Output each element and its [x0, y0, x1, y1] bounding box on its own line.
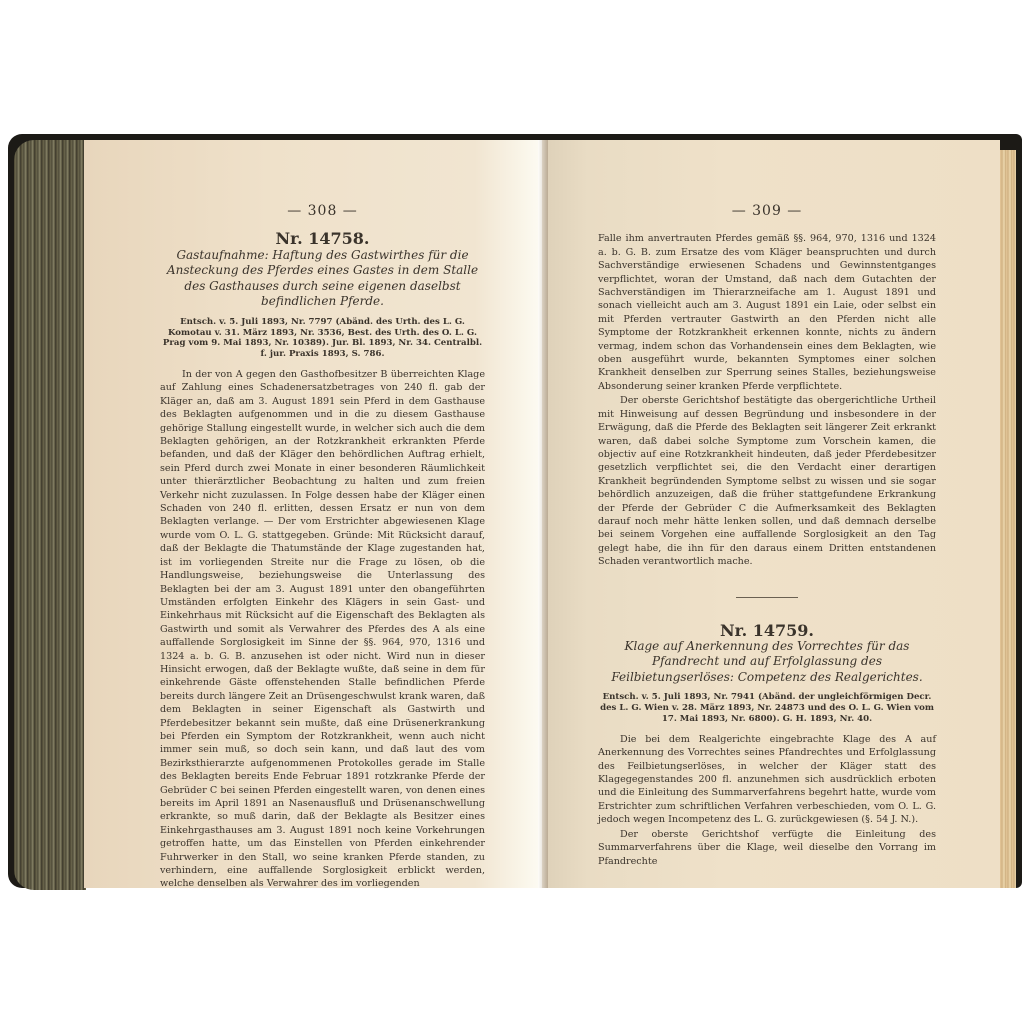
book-gutter [538, 140, 548, 888]
entry-number-value: 14759. [753, 621, 814, 640]
section-divider [736, 597, 798, 598]
page-edges-right [1000, 150, 1016, 888]
left-page-content: — 308 — Nr. 14758. Gastaufnahme: Haftung… [160, 205, 485, 892]
entry-number-prefix: Nr. [276, 229, 303, 248]
page-number: — 309 — [598, 205, 936, 218]
entry-title: Klage auf Anerkennung des Vorrechtes für… [598, 639, 936, 686]
entry-number-prefix: Nr. [720, 621, 747, 640]
body-paragraph: Der oberste Gerichtshof bestätigte das o… [598, 394, 936, 568]
page-number: — 308 — [160, 205, 485, 218]
entry-number: Nr. 14758. [160, 232, 485, 245]
right-page-content: — 309 — Falle ihm anvertrauten Pferdes g… [598, 205, 936, 869]
entry-number-value: 14758. [308, 229, 369, 248]
page-edges-left [14, 140, 86, 890]
body-paragraph: Falle ihm anvertrauten Pferdes gemäß §§.… [598, 232, 936, 393]
body-paragraph: In der von A gegen den Gasthofbesitzer B… [160, 368, 485, 891]
entry-citation: Entsch. v. 5. Juli 1893, Nr. 7941 (Abänd… [598, 692, 936, 724]
body-paragraph: Der oberste Gerichtshof verfügte die Ein… [598, 828, 936, 868]
entry-number: Nr. 14759. [598, 624, 936, 637]
entry-title: Gastaufnahme: Haftung des Gastwirthes fü… [160, 248, 485, 310]
body-paragraph: Die bei dem Realgerichte eingebrachte Kl… [598, 733, 936, 827]
entry-citation: Entsch. v. 5. Juli 1893, Nr. 7797 (Abänd… [160, 317, 485, 360]
